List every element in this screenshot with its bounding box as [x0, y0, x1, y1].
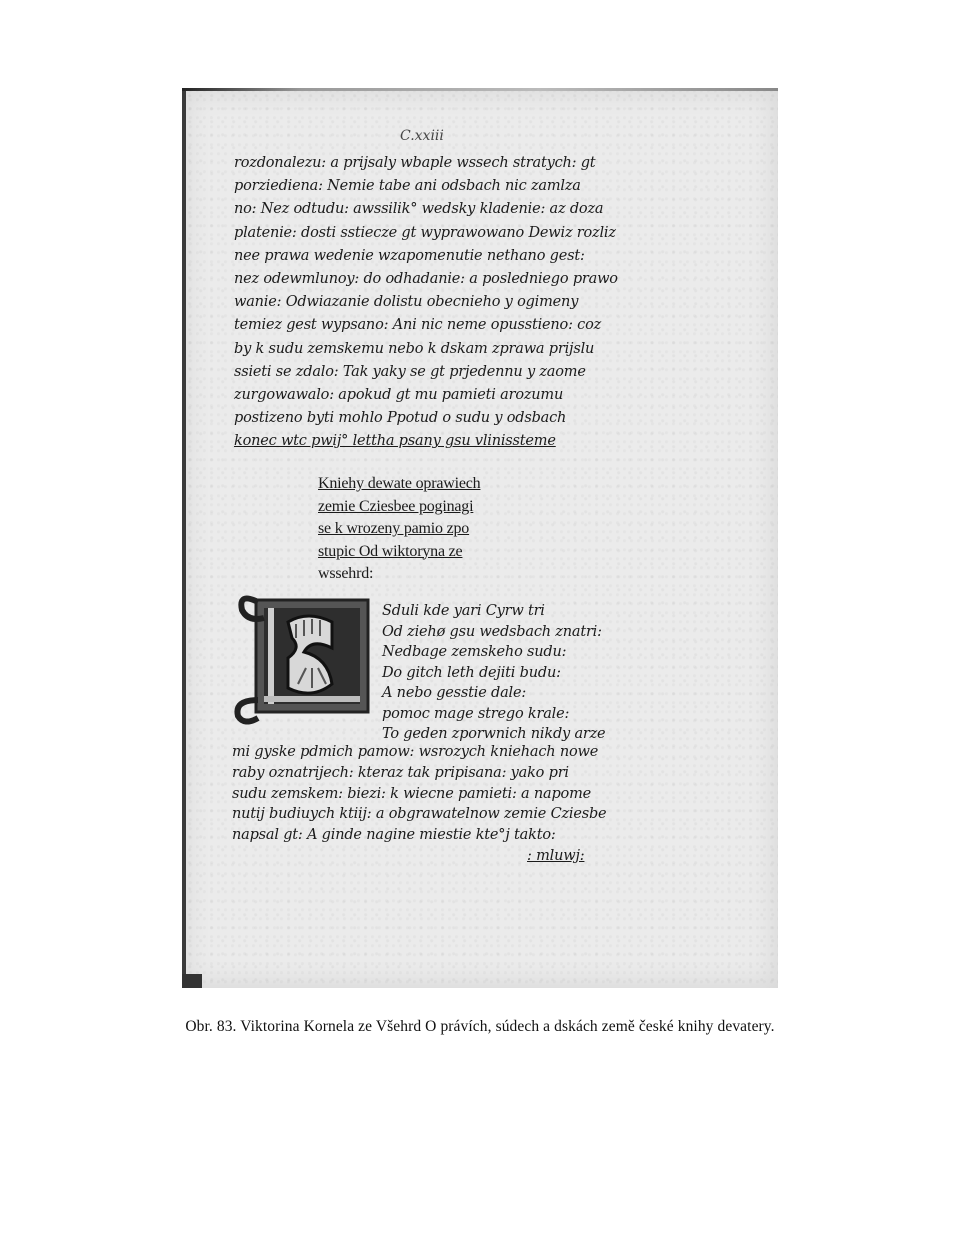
photo-top-edge [182, 88, 778, 91]
manuscript-line: nutij budiuych ktiij: a obgrawatelnow ze… [232, 804, 606, 825]
manuscript-line: wanie: Odwiazanie dolistu obecnieho y og… [234, 291, 618, 314]
manuscript-line: mi gyske pdmich pamow: wsrozych kniehach… [232, 742, 606, 763]
manuscript-line: temiez gest wypsano: Ani nic neme opusst… [234, 314, 618, 337]
text-block-top: rozdonalezu: a prijsaly wbaple wssech st… [234, 152, 618, 454]
figure-caption: Obr. 83. Viktorina Kornela ze Všehrd O p… [0, 1018, 960, 1036]
manuscript-line: by k sudu zemskemu nebo k dskam zprawa p… [234, 338, 618, 361]
photo-left-edge [182, 88, 186, 988]
manuscript-line: A nebo gesstie dale: [382, 683, 605, 704]
manuscript-line: porziediena: Nemie tabe ani odsbach nic … [234, 175, 618, 198]
manuscript-line: ssieti se zdalo: Tak yaky se gt prjedenn… [234, 361, 618, 384]
title-line: wssehrd: [318, 563, 480, 586]
closing-word: : mluwj: [232, 846, 606, 867]
manuscript-line: pomoc mage strego krale: [382, 704, 605, 725]
photo-corner-mark [182, 974, 202, 988]
manuscript-line: Do gitch leth dejiti budu: [382, 663, 605, 684]
text-block-beside-initial: Sduli kde yari Cyrw tri Od ziehø gsu wed… [382, 601, 605, 745]
manuscript-line: Od ziehø gsu wedsbach znatri: [382, 622, 605, 643]
manuscript-line: raby oznatrijech: kteraz tak pripisana: … [232, 763, 606, 784]
title-line: stupic Od wiktoryna ze [318, 541, 480, 564]
title-line: zemie Cziesbee poginagi [318, 496, 480, 519]
book-title-block: Kniehy dewate oprawiech zemie Cziesbee p… [318, 473, 480, 586]
manuscript-line: Nedbage zemskeho sudu: [382, 642, 605, 663]
manuscript-line: sudu zemskem: biezi: k wiecne pamieti: a… [232, 784, 606, 805]
manuscript-line: nee prawa wedenie wzapomenutie nethano g… [234, 245, 618, 268]
manuscript-line: postizeno byti mohlo Ppotud o sudu y ods… [234, 407, 618, 430]
title-line: Kniehy dewate oprawiech [318, 473, 480, 496]
manuscript-line: rozdonalezu: a prijsaly wbaple wssech st… [234, 152, 618, 175]
manuscript-line: platenie: dosti sstiecze gt wyprawowano … [234, 222, 618, 245]
manuscript-line: nez odewmlunoy: do odhadanie: a posledni… [234, 268, 618, 291]
manuscript-line: zurgowawalo: apokud gt mu pamieti arozum… [234, 384, 618, 407]
folio-heading: C.xxiii [400, 128, 444, 144]
manuscript-line: no: Nez odtudu: awssilik° wedsky kladeni… [234, 198, 618, 221]
title-line: se k wrozeny pamio zpo [318, 518, 480, 541]
manuscript-line: napsal gt: A ginde nagine miestie kte°j … [232, 825, 606, 846]
manuscript-line: Sduli kde yari Cyrw tri [382, 601, 605, 622]
text-block-bottom: mi gyske pdmich pamow: wsrozych kniehach… [232, 742, 606, 867]
manuscript-line-underlined: konec wtc pwij° lettha psany gsu vliniss… [234, 430, 618, 453]
illuminated-initial-icon [228, 588, 378, 728]
manuscript-photograph: C.xxiii rozdonalezu: a prijsaly wbaple w… [182, 88, 778, 988]
